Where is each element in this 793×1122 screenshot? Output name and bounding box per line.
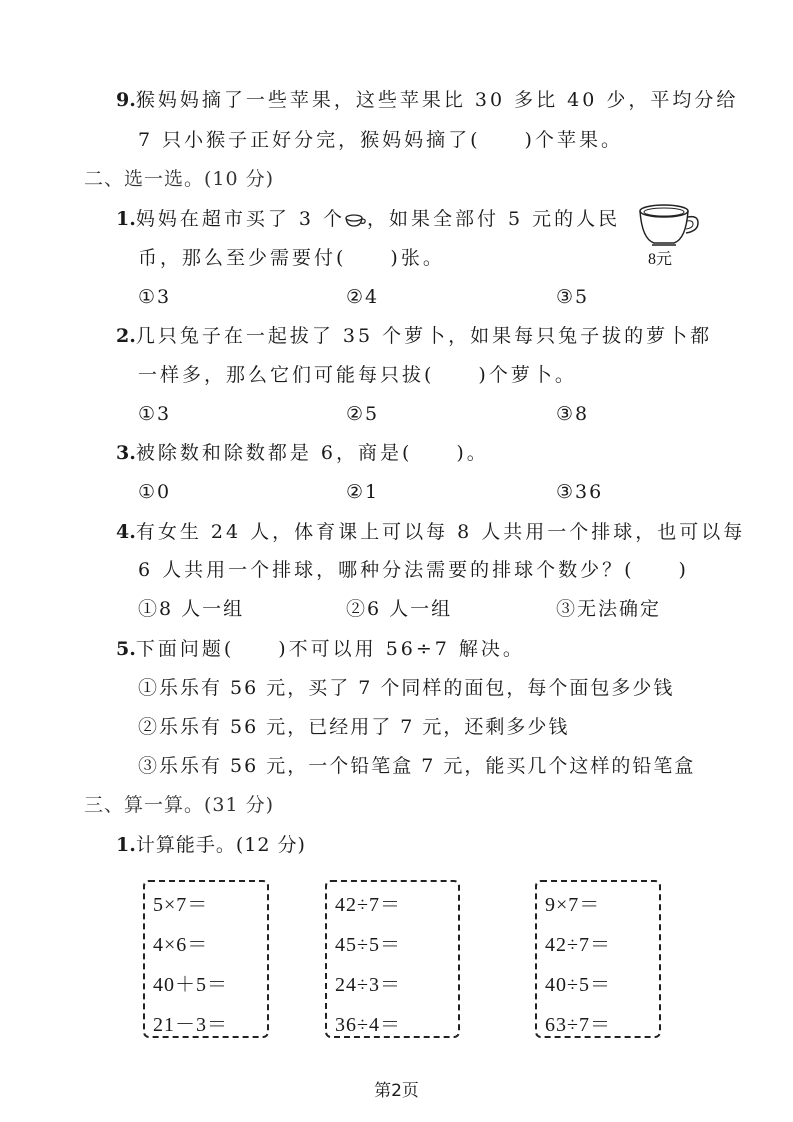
s2q2-line2: 一样多，那么它们可能每只拔( )个萝卜。 bbox=[138, 363, 577, 387]
question-number: 1. bbox=[116, 208, 136, 230]
cup-icon bbox=[636, 203, 700, 249]
equation: 40÷5＝ bbox=[545, 968, 611, 997]
question-text: 计算能手。(12 分) bbox=[136, 834, 306, 856]
equation: 63÷7＝ bbox=[545, 1008, 611, 1037]
option-3: ③5 bbox=[556, 285, 589, 309]
option-2: ②乐乐有 56 元，已经用了 7 元，还剩多少钱 bbox=[138, 715, 569, 739]
equation: 42÷7＝ bbox=[335, 888, 401, 917]
page-number: 第2页 bbox=[0, 1076, 793, 1101]
option-2: ②1 bbox=[346, 480, 379, 504]
equation: 4×6＝ bbox=[153, 928, 208, 957]
question-text: 猴妈妈摘了一些苹果，这些苹果比 30 多比 40 少，平均分给 bbox=[136, 89, 739, 111]
s2q1-line2: 币，那么至少需要付( )张。 bbox=[138, 246, 445, 270]
option-3: ③乐乐有 56 元，一个铅笔盒 7 元，能买几个这样的铅笔盒 bbox=[138, 754, 695, 778]
option-2: ②5 bbox=[346, 402, 379, 426]
option-3: ③36 bbox=[556, 480, 603, 504]
option-1: ①8 人一组 bbox=[138, 597, 244, 621]
option-1: ①乐乐有 56 元，买了 7 个同样的面包，每个面包多少钱 bbox=[138, 676, 674, 700]
s2q2-line1: 2.几只兔子在一起拔了 35 个萝卜，如果每只兔子拔的萝卜都 bbox=[116, 324, 712, 348]
equation: 40＋5＝ bbox=[153, 968, 228, 997]
question-text: 下面问题( )不可以用 56÷7 解决。 bbox=[136, 638, 525, 660]
s2q3-line1: 3.被除数和除数都是 6，商是( )。 bbox=[116, 441, 489, 465]
question-number: 3. bbox=[116, 442, 136, 464]
question-number: 4. bbox=[116, 521, 136, 543]
section-title: 三、算一算。(31 分) bbox=[84, 793, 274, 817]
section-title: 二、选一选。(10 分) bbox=[84, 167, 274, 191]
s2q4-line1: 4.有女生 24 人，体育课上可以每 8 人共用一个排球，也可以每 bbox=[116, 520, 745, 544]
question-text: ，如果全部付 5 元的人民 bbox=[367, 208, 620, 230]
question-text: 几只兔子在一起拔了 35 个萝卜，如果每只兔子拔的萝卜都 bbox=[136, 325, 712, 347]
question-number: 2. bbox=[116, 325, 136, 347]
question-number: 1. bbox=[116, 834, 136, 856]
question-number: 5. bbox=[116, 638, 136, 660]
equation: 21－3＝ bbox=[153, 1008, 228, 1037]
s2q4-line2: 6 人共用一个排球，哪种分法需要的排球个数少？( ) bbox=[138, 558, 689, 582]
equation: 42÷7＝ bbox=[545, 928, 611, 957]
s3q1-title: 1.计算能手。(12 分) bbox=[116, 833, 306, 857]
q9-line1: 9.猴妈妈摘了一些苹果，这些苹果比 30 多比 40 少，平均分给 bbox=[116, 88, 738, 112]
question-text: 妈妈在超市买了 3 个 bbox=[136, 208, 345, 230]
option-1: ①0 bbox=[138, 480, 171, 504]
option-3: ③无法确定 bbox=[556, 597, 661, 621]
calc-box-2: 42÷7＝ 45÷5＝ 24÷3＝ 36÷4＝ bbox=[325, 880, 460, 1038]
s2q5-line1: 5.下面问题( )不可以用 56÷7 解决。 bbox=[116, 637, 525, 661]
option-1: ①3 bbox=[138, 402, 171, 426]
equation: 9×7＝ bbox=[545, 888, 600, 917]
option-1: ①3 bbox=[138, 285, 171, 309]
equation: 24÷3＝ bbox=[335, 968, 401, 997]
calc-box-1: 5×7＝ 4×6＝ 40＋5＝ 21－3＝ bbox=[143, 880, 269, 1038]
question-text: 被除数和除数都是 6，商是( )。 bbox=[136, 442, 489, 464]
calc-box-3: 9×7＝ 42÷7＝ 40÷5＝ 63÷7＝ bbox=[535, 880, 661, 1038]
equation: 36÷4＝ bbox=[335, 1008, 401, 1037]
question-text: 有女生 24 人，体育课上可以每 8 人共用一个排球，也可以每 bbox=[136, 521, 745, 543]
option-2: ②6 人一组 bbox=[346, 597, 452, 621]
cup-price-label: 8元 bbox=[648, 246, 672, 269]
cup-icon bbox=[345, 213, 367, 227]
option-2: ②4 bbox=[346, 285, 379, 309]
question-number: 9. bbox=[116, 89, 136, 111]
option-3: ③8 bbox=[556, 402, 589, 426]
q9-line2: 7 只小猴子正好分完，猴妈妈摘了( )个苹果。 bbox=[138, 128, 623, 152]
s2q1-line1: 1.妈妈在超市买了 3 个，如果全部付 5 元的人民 bbox=[116, 207, 620, 231]
equation: 45÷5＝ bbox=[335, 928, 401, 957]
equation: 5×7＝ bbox=[153, 888, 208, 917]
